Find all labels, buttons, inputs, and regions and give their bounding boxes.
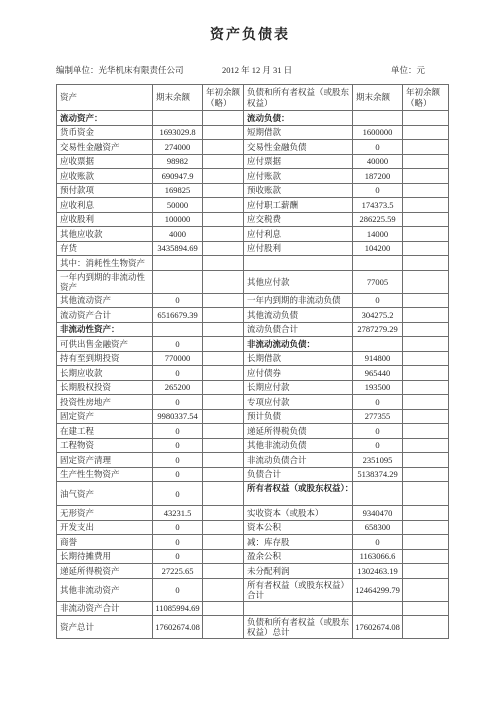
asset-beginning-balance-cell (203, 482, 244, 506)
liability-beginning-balance-cell (403, 366, 449, 381)
asset-label-cell: 其他应收款 (57, 227, 153, 242)
liability-ending-balance-cell: 658300 (353, 520, 403, 535)
liability-ending-balance-cell: 0 (353, 183, 403, 198)
asset-ending-balance-cell: 0 (153, 453, 203, 468)
table-row: 递延所得税资产27225.65未分配利润1302463.19 (57, 564, 449, 579)
liability-beginning-balance-cell (403, 564, 449, 579)
asset-label-cell: 非流动性资产： (57, 322, 153, 337)
table-row: 其中：消耗性生物资产 (57, 256, 449, 271)
asset-label-cell: 应收票据 (57, 154, 153, 169)
liability-label-cell: 负债和所有者权益（或股东权益）总计 (244, 616, 353, 639)
asset-label-cell: 一年内到期的非流动性资产 (57, 270, 153, 293)
liability-label-cell: 流动负债合计 (244, 322, 353, 337)
liability-beginning-balance-cell (403, 616, 449, 639)
liability-beginning-balance-cell (403, 293, 449, 308)
asset-beginning-balance-cell (203, 578, 244, 601)
asset-beginning-balance-cell (203, 241, 244, 256)
liability-ending-balance-cell: 40000 (353, 154, 403, 169)
table-header-row: 资产 期末余额 年初余额（略） 负债和所有者权益（或股东权益） 期末余额 年初余… (57, 85, 449, 111)
table-row: 持有至到期投资770000长期借款914800 (57, 351, 449, 366)
asset-beginning-balance-cell (203, 337, 244, 352)
asset-beginning-balance-cell (203, 549, 244, 564)
liability-beginning-balance-cell (403, 467, 449, 482)
asset-ending-balance-cell: 98982 (153, 154, 203, 169)
asset-ending-balance-cell: 0 (153, 293, 203, 308)
liability-beginning-balance-cell (403, 453, 449, 468)
liability-ending-balance-cell: 104200 (353, 241, 403, 256)
liability-label-cell: 一年内到期的非流动负债 (244, 293, 353, 308)
liability-label-cell: 专项应付款 (244, 395, 353, 410)
asset-ending-balance-cell (153, 270, 203, 293)
asset-beginning-balance-cell (203, 506, 244, 521)
liability-label-cell: 其他非流动负债 (244, 438, 353, 453)
liability-beginning-balance-cell (403, 125, 449, 140)
asset-beginning-balance-cell (203, 535, 244, 550)
asset-ending-balance-cell: 50000 (153, 198, 203, 213)
asset-beginning-balance-cell (203, 520, 244, 535)
asset-ending-balance-cell: 0 (153, 395, 203, 410)
header-beginning-balance-assets: 年初余额（略） (203, 85, 244, 111)
table-row: 生产性生物资产0负债合计5138374.29 (57, 467, 449, 482)
table-row: 工程物资0其他非流动负债0 (57, 438, 449, 453)
asset-label-cell: 长期待摊费用 (57, 549, 153, 564)
liability-beginning-balance-cell (403, 270, 449, 293)
liability-beginning-balance-cell (403, 351, 449, 366)
table-row: 固定资产9980337.54预计负债277355 (57, 409, 449, 424)
asset-beginning-balance-cell (203, 366, 244, 381)
balance-sheet-page: 资产负债表 编制单位：光华机床有限责任公司 2012 年 12 月 31 日 单… (0, 0, 500, 708)
page-title: 资产负债表 (0, 28, 500, 44)
liability-ending-balance-cell: 0 (353, 293, 403, 308)
liability-beginning-balance-cell (403, 380, 449, 395)
table-row: 商誉0减：库存股0 (57, 535, 449, 550)
balance-sheet-table: 资产 期末余额 年初余额（略） 负债和所有者权益（或股东权益） 期末余额 年初余… (56, 84, 449, 639)
liability-label-cell: 减：库存股 (244, 535, 353, 550)
liability-label-cell: 未分配利润 (244, 564, 353, 579)
liability-label-cell: 所有者权益（或股东权益）： (244, 482, 353, 506)
asset-label-cell: 长期股权投资 (57, 380, 153, 395)
liability-ending-balance-cell (353, 601, 403, 616)
liability-ending-balance-cell: 174373.5 (353, 198, 403, 213)
asset-label-cell: 其他非流动资产 (57, 578, 153, 601)
liability-ending-balance-cell: 14000 (353, 227, 403, 242)
liability-label-cell: 非流动流动负债： (244, 337, 353, 352)
liability-beginning-balance-cell (403, 154, 449, 169)
asset-ending-balance-cell: 100000 (153, 212, 203, 227)
table-row: 一年内到期的非流动性资产其他应付款77005 (57, 270, 449, 293)
asset-label-cell: 货币资金 (57, 125, 153, 140)
table-row: 长期股权投资265200长期应付款193500 (57, 380, 449, 395)
asset-label-cell: 投资性房地产 (57, 395, 153, 410)
liability-label-cell (244, 256, 353, 271)
asset-beginning-balance-cell (203, 424, 244, 439)
asset-ending-balance-cell: 0 (153, 438, 203, 453)
liability-ending-balance-cell: 0 (353, 438, 403, 453)
liability-label-cell: 应付债券 (244, 366, 353, 381)
liability-ending-balance-cell: 0 (353, 535, 403, 550)
liability-label-cell (244, 601, 353, 616)
liability-beginning-balance-cell (403, 409, 449, 424)
asset-beginning-balance-cell (203, 453, 244, 468)
asset-ending-balance-cell: 4000 (153, 227, 203, 242)
liability-label-cell: 应付票据 (244, 154, 353, 169)
table-row: 无形资产43231.5实收资本（或股本）9340470 (57, 506, 449, 521)
asset-label-cell: 生产性生物资产 (57, 467, 153, 482)
table-row: 流动资产合计6516679.39其他流动负债304275.2 (57, 308, 449, 323)
asset-ending-balance-cell: 265200 (153, 380, 203, 395)
asset-beginning-balance-cell (203, 111, 244, 126)
asset-ending-balance-cell: 0 (153, 520, 203, 535)
asset-ending-balance-cell: 3435894.69 (153, 241, 203, 256)
liability-label-cell: 应交税费 (244, 212, 353, 227)
liability-ending-balance-cell: 9340470 (353, 506, 403, 521)
liability-label-cell: 交易性金融负债 (244, 140, 353, 155)
liability-label-cell: 应付利息 (244, 227, 353, 242)
table-row: 应收票据98982应付票据40000 (57, 154, 449, 169)
table-row: 长期应收款0应付债券965440 (57, 366, 449, 381)
liability-ending-balance-cell: 193500 (353, 380, 403, 395)
asset-ending-balance-cell: 0 (153, 337, 203, 352)
asset-beginning-balance-cell (203, 409, 244, 424)
table-row: 长期待摊费用0盈余公积1163066.6 (57, 549, 449, 564)
liability-beginning-balance-cell (403, 183, 449, 198)
table-row: 可供出售金融资产0非流动流动负债： (57, 337, 449, 352)
asset-ending-balance-cell: 0 (153, 424, 203, 439)
asset-ending-balance-cell: 0 (153, 549, 203, 564)
table-row: 存货3435894.69应付股利104200 (57, 241, 449, 256)
liability-ending-balance-cell (353, 256, 403, 271)
asset-ending-balance-cell: 169825 (153, 183, 203, 198)
liability-ending-balance-cell (353, 111, 403, 126)
table-row: 开发支出0资本公积658300 (57, 520, 449, 535)
asset-label-cell: 流动资产合计 (57, 308, 153, 323)
liability-label-cell: 递延所得税负债 (244, 424, 353, 439)
asset-label-cell: 无形资产 (57, 506, 153, 521)
liability-label-cell: 短期借款 (244, 125, 353, 140)
asset-beginning-balance-cell (203, 270, 244, 293)
asset-label-cell: 固定资产 (57, 409, 153, 424)
asset-beginning-balance-cell (203, 380, 244, 395)
asset-ending-balance-cell: 6516679.39 (153, 308, 203, 323)
liability-ending-balance-cell: 1163066.6 (353, 549, 403, 564)
asset-ending-balance-cell: 0 (153, 366, 203, 381)
liability-ending-balance-cell: 965440 (353, 366, 403, 381)
liability-label-cell: 其他流动负债 (244, 308, 353, 323)
liability-beginning-balance-cell (403, 140, 449, 155)
liability-ending-balance-cell: 914800 (353, 351, 403, 366)
asset-ending-balance-cell: 770000 (153, 351, 203, 366)
asset-label-cell: 资产总计 (57, 616, 153, 639)
asset-label-cell: 固定资产清理 (57, 453, 153, 468)
asset-label-cell: 商誉 (57, 535, 153, 550)
report-info-line: 编制单位：光华机床有限责任公司 2012 年 12 月 31 日 单位：元 (56, 64, 447, 77)
asset-beginning-balance-cell (203, 183, 244, 198)
asset-label-cell: 其他流动资产 (57, 293, 153, 308)
asset-beginning-balance-cell (203, 438, 244, 453)
liability-ending-balance-cell: 1600000 (353, 125, 403, 140)
table-row: 资产总计17602674.08负债和所有者权益（或股东权益）总计17602674… (57, 616, 449, 639)
liability-ending-balance-cell (353, 482, 403, 506)
table-row: 其他流动资产0一年内到期的非流动负债0 (57, 293, 449, 308)
liability-beginning-balance-cell (403, 601, 449, 616)
liability-beginning-balance-cell (403, 535, 449, 550)
liability-label-cell: 应付账款 (244, 169, 353, 184)
asset-label-cell: 可供出售金融资产 (57, 337, 153, 352)
liability-beginning-balance-cell (403, 212, 449, 227)
table-row: 固定资产清理0非流动负债合计2351095 (57, 453, 449, 468)
liability-beginning-balance-cell (403, 169, 449, 184)
header-liabilities-equity: 负债和所有者权益（或股东权益） (244, 85, 353, 111)
liability-beginning-balance-cell (403, 520, 449, 535)
liability-label-cell: 长期借款 (244, 351, 353, 366)
liability-ending-balance-cell (353, 337, 403, 352)
liability-label-cell: 应付职工薪酬 (244, 198, 353, 213)
table-row: 预付款项169825预收账款0 (57, 183, 449, 198)
asset-beginning-balance-cell (203, 395, 244, 410)
asset-label-cell: 开发支出 (57, 520, 153, 535)
liability-label-cell: 盈余公积 (244, 549, 353, 564)
asset-beginning-balance-cell (203, 308, 244, 323)
liability-ending-balance-cell: 2787279.29 (353, 322, 403, 337)
liability-ending-balance-cell: 0 (353, 395, 403, 410)
liability-ending-balance-cell: 187200 (353, 169, 403, 184)
asset-ending-balance-cell (153, 111, 203, 126)
asset-ending-balance-cell: 0 (153, 578, 203, 601)
asset-label-cell: 在建工程 (57, 424, 153, 439)
asset-label-cell: 非流动资产合计 (57, 601, 153, 616)
asset-label-cell: 存货 (57, 241, 153, 256)
balance-sheet-body: 流动资产：流动负债：货币资金1693029.8短期借款1600000交易性金融资… (57, 111, 449, 639)
asset-label-cell: 应收账款 (57, 169, 153, 184)
liability-beginning-balance-cell (403, 506, 449, 521)
liability-beginning-balance-cell (403, 578, 449, 601)
asset-beginning-balance-cell (203, 616, 244, 639)
liability-beginning-balance-cell (403, 256, 449, 271)
asset-ending-balance-cell: 43231.5 (153, 506, 203, 521)
asset-ending-balance-cell: 27225.65 (153, 564, 203, 579)
asset-beginning-balance-cell (203, 227, 244, 242)
header-ending-balance-assets: 期末余额 (153, 85, 203, 111)
liability-ending-balance-cell: 304275.2 (353, 308, 403, 323)
liability-label-cell: 预计负债 (244, 409, 353, 424)
liability-ending-balance-cell: 77005 (353, 270, 403, 293)
liability-ending-balance-cell: 0 (353, 424, 403, 439)
header-ending-balance-liabilities: 期末余额 (353, 85, 403, 111)
table-row: 其他非流动资产0所有者权益（或股东权益）合计12464299.79 (57, 578, 449, 601)
table-row: 应收利息50000应付职工薪酬174373.5 (57, 198, 449, 213)
asset-label-cell: 递延所得税资产 (57, 564, 153, 579)
asset-ending-balance-cell: 0 (153, 467, 203, 482)
liability-beginning-balance-cell (403, 337, 449, 352)
liability-beginning-balance-cell (403, 198, 449, 213)
liability-beginning-balance-cell (403, 438, 449, 453)
header-beginning-balance-liabilities: 年初余额（略） (403, 85, 449, 111)
report-date: 2012 年 12 月 31 日 (222, 64, 292, 77)
liability-ending-balance-cell: 12464299.79 (353, 578, 403, 601)
asset-label-cell: 工程物资 (57, 438, 153, 453)
table-row: 在建工程0递延所得税负债0 (57, 424, 449, 439)
liability-label-cell: 实收资本（或股本） (244, 506, 353, 521)
liability-label-cell: 应付股利 (244, 241, 353, 256)
liability-label-cell: 其他应付款 (244, 270, 353, 293)
table-row: 非流动资产合计11085994.69 (57, 601, 449, 616)
header-assets: 资产 (57, 85, 153, 111)
asset-beginning-balance-cell (203, 564, 244, 579)
liability-ending-balance-cell: 0 (353, 140, 403, 155)
liability-label-cell: 所有者权益（或股东权益）合计 (244, 578, 353, 601)
asset-ending-balance-cell (153, 256, 203, 271)
asset-ending-balance-cell: 274000 (153, 140, 203, 155)
liability-beginning-balance-cell (403, 322, 449, 337)
liability-label-cell: 长期应付款 (244, 380, 353, 395)
liability-label-cell: 非流动负债合计 (244, 453, 353, 468)
asset-ending-balance-cell: 17602674.08 (153, 616, 203, 639)
asset-beginning-balance-cell (203, 256, 244, 271)
liability-ending-balance-cell: 286225.59 (353, 212, 403, 227)
liability-beginning-balance-cell (403, 424, 449, 439)
asset-label-cell: 其中：消耗性生物资产 (57, 256, 153, 271)
asset-beginning-balance-cell (203, 212, 244, 227)
asset-ending-balance-cell: 0 (153, 482, 203, 506)
asset-beginning-balance-cell (203, 154, 244, 169)
table-row: 油气资产0所有者权益（或股东权益）： (57, 482, 449, 506)
asset-ending-balance-cell: 11085994.69 (153, 601, 203, 616)
asset-label-cell: 油气资产 (57, 482, 153, 506)
asset-label-cell: 长期应收款 (57, 366, 153, 381)
table-row: 非流动性资产：流动负债合计2787279.29 (57, 322, 449, 337)
liability-beginning-balance-cell (403, 395, 449, 410)
asset-ending-balance-cell (153, 322, 203, 337)
asset-ending-balance-cell: 0 (153, 535, 203, 550)
liability-beginning-balance-cell (403, 241, 449, 256)
asset-label-cell: 交易性金融资产 (57, 140, 153, 155)
currency-unit-label: 单位：元 (391, 64, 425, 77)
liability-beginning-balance-cell (403, 549, 449, 564)
table-row: 其他应收款4000应付利息14000 (57, 227, 449, 242)
asset-beginning-balance-cell (203, 293, 244, 308)
asset-beginning-balance-cell (203, 322, 244, 337)
table-row: 应收股利100000应交税费286225.59 (57, 212, 449, 227)
liability-ending-balance-cell: 2351095 (353, 453, 403, 468)
liability-beginning-balance-cell (403, 227, 449, 242)
liability-beginning-balance-cell (403, 482, 449, 506)
asset-label-cell: 预付款项 (57, 183, 153, 198)
asset-ending-balance-cell: 690947.9 (153, 169, 203, 184)
asset-label-cell: 流动资产： (57, 111, 153, 126)
asset-beginning-balance-cell (203, 169, 244, 184)
liability-label-cell: 流动负债： (244, 111, 353, 126)
asset-beginning-balance-cell (203, 198, 244, 213)
asset-label-cell: 应收利息 (57, 198, 153, 213)
asset-ending-balance-cell: 9980337.54 (153, 409, 203, 424)
liability-label-cell: 资本公积 (244, 520, 353, 535)
prepared-by-label: 编制单位：光华机床有限责任公司 (56, 64, 184, 77)
table-row: 应收账款690947.9应付账款187200 (57, 169, 449, 184)
asset-beginning-balance-cell (203, 601, 244, 616)
asset-label-cell: 应收股利 (57, 212, 153, 227)
liability-ending-balance-cell: 1302463.19 (353, 564, 403, 579)
asset-ending-balance-cell: 1693029.8 (153, 125, 203, 140)
liability-label-cell: 负债合计 (244, 467, 353, 482)
liability-label-cell: 预收账款 (244, 183, 353, 198)
table-row: 货币资金1693029.8短期借款1600000 (57, 125, 449, 140)
liability-beginning-balance-cell (403, 308, 449, 323)
asset-beginning-balance-cell (203, 125, 244, 140)
asset-label-cell: 持有至到期投资 (57, 351, 153, 366)
liability-ending-balance-cell: 277355 (353, 409, 403, 424)
liability-ending-balance-cell: 5138374.29 (353, 467, 403, 482)
table-row: 交易性金融资产274000交易性金融负债0 (57, 140, 449, 155)
liability-beginning-balance-cell (403, 111, 449, 126)
table-row: 投资性房地产0专项应付款0 (57, 395, 449, 410)
asset-beginning-balance-cell (203, 140, 244, 155)
asset-beginning-balance-cell (203, 467, 244, 482)
asset-beginning-balance-cell (203, 351, 244, 366)
liability-ending-balance-cell: 17602674.08 (353, 616, 403, 639)
table-row: 流动资产：流动负债： (57, 111, 449, 126)
